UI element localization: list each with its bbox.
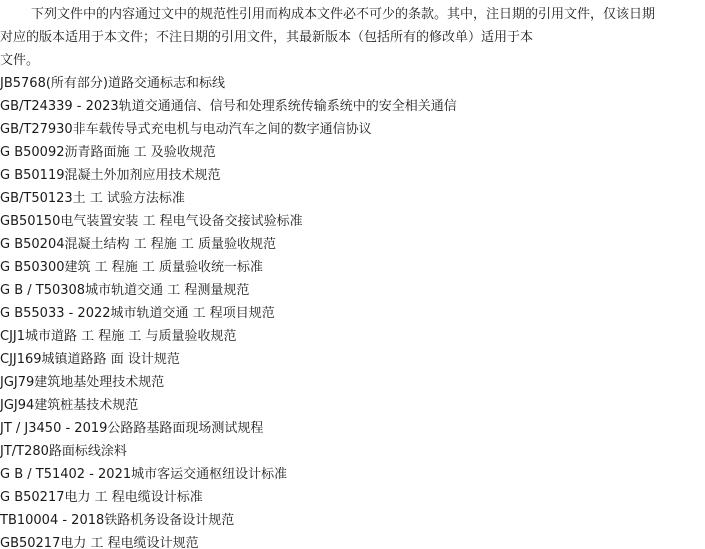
intro-line: 对应的版本适用于本文件；不注日期的引用文件，其最新版本（包括所有的修改单）适用于… — [0, 26, 705, 49]
reference-item: GB/T24339 - 2023轨道交通通信、信号和处理系统传输系统中的安全相关… — [0, 95, 705, 118]
reference-item: G B / T51402 - 2021城市客运交通枢纽设计标准 — [0, 463, 705, 486]
reference-item: GB/T50123土 工 试验方法标准 — [0, 187, 705, 210]
reference-item: G B50204混凝土结构 工 程施 工 质量验收规范 — [0, 233, 705, 256]
reference-item: CJJ1城市道路 工 程施 工 与质量验收规范 — [0, 325, 705, 348]
intro-line: 文件。 — [0, 49, 705, 72]
reference-item: G B55033 - 2022城市轨道交通 工 程项目规范 — [0, 302, 705, 325]
reference-item: GB50217电力 工 程电缆设计规范 — [0, 532, 705, 549]
reference-item: G B50217电力 工 程电缆设计标准 — [0, 486, 705, 509]
reference-item: G B50119混凝土外加剂应用技术规范 — [0, 164, 705, 187]
reference-item: JB5768(所有部分)道路交通标志和标线 — [0, 72, 705, 95]
reference-item: GB/T27930非车载传导式充电机与电动汽车之间的数字通信协议 — [0, 118, 705, 141]
reference-item: G B50092沥青路面施 工 及验收规范 — [0, 141, 705, 164]
reference-item: JT/T280路面标线涂料 — [0, 440, 705, 463]
intro-paragraph: 下列文件中的内容通过文中的规范性引用而构成本文件必不可少的条款。其中，注日期的引… — [0, 3, 705, 72]
reference-item: TB10004 - 2018铁路机务设备设计规范 — [0, 509, 705, 532]
reference-item: JGJ79建筑地基处理技术规范 — [0, 371, 705, 394]
intro-line: 下列文件中的内容通过文中的规范性引用而构成本文件必不可少的条款。其中，注日期的引… — [0, 3, 705, 26]
reference-item: G B50300建筑 工 程施 工 质量验收统一标准 — [0, 256, 705, 279]
reference-list: JB5768(所有部分)道路交通标志和标线 GB/T24339 - 2023轨道… — [0, 72, 705, 549]
reference-item: JGJ94建筑桩基技术规范 — [0, 394, 705, 417]
document-body: 下列文件中的内容通过文中的规范性引用而构成本文件必不可少的条款。其中，注日期的引… — [0, 0, 705, 549]
reference-item: JT / J3450 - 2019公路路基路面现场测试规程 — [0, 417, 705, 440]
reference-item: CJJ169城镇道路路 面 设计规范 — [0, 348, 705, 371]
reference-item: GB50150电气装置安装 工 程电气设备交接试验标准 — [0, 210, 705, 233]
reference-item: G B / T50308城市轨道交通 工 程测量规范 — [0, 279, 705, 302]
